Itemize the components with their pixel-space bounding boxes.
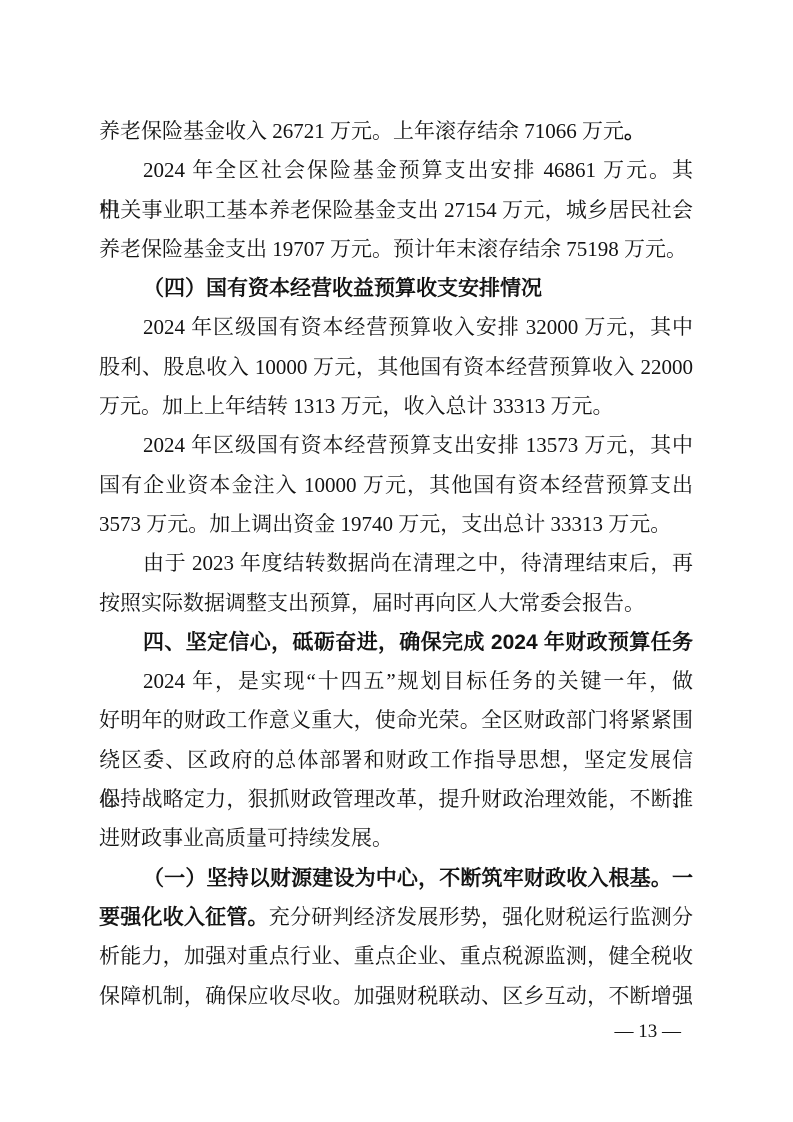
text-segment: 2024 年区级国有资本经营预算支出安排 13573 万元，其中	[143, 433, 693, 457]
section-heading: 四、坚定信心，砥砺奋进，确保完成 2024 年财政预算任务	[99, 623, 693, 662]
text-segment: 保障机制，确保应收尽收。加强财税联动、区乡互动，不断增强	[99, 984, 693, 1008]
text-segment: 养老保险基金支出 19707 万元。预计年末滚存结余 75198 万元。	[99, 237, 687, 261]
text-segment: 2024 年，是实现“十四五”规划目标任务的关键一年，做	[143, 669, 693, 693]
body-line: 国有企业资本金注入 10000 万元，其他国有资本经营预算支出	[99, 466, 693, 505]
text-segment: 养老保险基金收入 26721 万元。上年滚存结余 71066 万元	[99, 119, 624, 143]
bold-text-segment: 。	[624, 120, 645, 143]
document-body: 养老保险基金收入 26721 万元。上年滚存结余 71066 万元。2024 年…	[99, 112, 693, 1016]
body-line: 养老保险基金收入 26721 万元。上年滚存结余 71066 万元。	[99, 112, 693, 151]
body-line: 析能力，加强对重点行业、重点企业、重点税源监测，健全税收	[99, 937, 693, 976]
body-line: 养老保险基金支出 19707 万元。预计年末滚存结余 75198 万元。	[99, 230, 693, 269]
body-line: 机关事业职工基本养老保险基金支出 27154 万元，城乡居民社会	[99, 191, 693, 230]
bold-text-segment: 要强化收入征管。	[99, 906, 269, 929]
body-line: 保持战略定力，狠抓财政管理改革，提升财政治理效能，不断推	[99, 780, 693, 819]
body-line: 按照实际数据调整支出预算，届时再向区人大常委会报告。	[99, 584, 693, 623]
text-segment: 机关事业职工基本养老保险基金支出 27154 万元，城乡居民社会	[99, 198, 693, 222]
text-segment: 2024 年区级国有资本经营预算收入安排 32000 万元，其中	[143, 315, 693, 339]
text-segment: 好明年的财政工作意义重大，使命光荣。全区财政部门将紧紧围	[99, 708, 693, 732]
text-segment: 由于 2023 年度结转数据尚在清理之中，待清理结束后，再	[143, 551, 693, 575]
text-segment: 保持战略定力，狠抓财政管理改革，提升财政治理效能，不断推	[99, 787, 693, 811]
text-segment: 股利、股息收入 10000 万元，其他国有资本经营预算收入 22000	[99, 355, 693, 379]
text-segment: 按照实际数据调整支出预算，届时再向区人大常委会报告。	[99, 591, 645, 615]
text-segment: 万元。加上上年结转 1313 万元，收入总计 33313 万元。	[99, 394, 614, 418]
bold-text-segment: （一）坚持以财源建设为中心，不断筑牢财政收入根基。一	[143, 867, 693, 890]
text-segment: 国有企业资本金注入 10000 万元，其他国有资本经营预算支出	[99, 473, 693, 497]
body-line: 万元。加上上年结转 1313 万元，收入总计 33313 万元。	[99, 387, 693, 426]
document-page: 养老保险基金收入 26721 万元。上年滚存结余 71066 万元。2024 年…	[0, 0, 793, 1122]
section-heading: （一）坚持以财源建设为中心，不断筑牢财政收入根基。一	[99, 859, 693, 898]
body-line: 2024 年区级国有资本经营预算支出安排 13573 万元，其中	[99, 426, 693, 465]
bold-text-segment: 四、坚定信心，砥砺奋进，确保完成 2024 年财政预算任务	[143, 631, 693, 654]
body-line: 好明年的财政工作意义重大，使命光荣。全区财政部门将紧紧围	[99, 701, 693, 740]
section-heading: （四）国有资本经营收益预算收支安排情况	[99, 269, 693, 308]
page-number: — 13 —	[615, 1019, 682, 1045]
text-segment: 进财政事业高质量可持续发展。	[99, 826, 393, 850]
body-line: 进财政事业高质量可持续发展。	[99, 819, 693, 858]
bold-text-segment: （四）国有资本经营收益预算收支安排情况	[143, 277, 542, 300]
body-line: 由于 2023 年度结转数据尚在清理之中，待清理结束后，再	[99, 544, 693, 583]
body-line: 保障机制，确保应收尽收。加强财税联动、区乡互动，不断增强	[99, 977, 693, 1016]
text-segment: 充分研判经济发展形势，强化财税运行监测分	[269, 905, 693, 929]
body-line: 2024 年区级国有资本经营预算收入安排 32000 万元，其中	[99, 308, 693, 347]
body-line: 要强化收入征管。充分研判经济发展形势，强化财税运行监测分	[99, 898, 693, 937]
body-line: 3573 万元。加上调出资金 19740 万元，支出总计 33313 万元。	[99, 505, 693, 544]
body-line: 股利、股息收入 10000 万元，其他国有资本经营预算收入 22000	[99, 348, 693, 387]
body-line: 2024 年全区社会保险基金预算支出安排 46861 万元。其中：	[99, 151, 693, 190]
text-segment: 析能力，加强对重点行业、重点企业、重点税源监测，健全税收	[99, 944, 693, 968]
body-line: 2024 年，是实现“十四五”规划目标任务的关键一年，做	[99, 662, 693, 701]
body-line: 绕区委、区政府的总体部署和财政工作指导思想，坚定发展信心、	[99, 741, 693, 780]
text-segment: 3573 万元。加上调出资金 19740 万元，支出总计 33313 万元。	[99, 512, 671, 536]
